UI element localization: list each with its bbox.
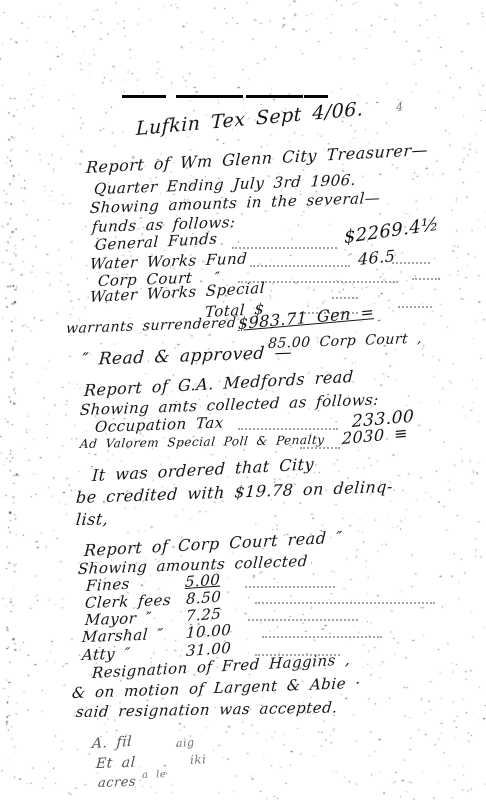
heading-rule <box>176 95 243 98</box>
ledger-row-amount: $2269.4½ <box>344 214 440 248</box>
faded-fragment: iki <box>190 752 207 767</box>
faded-fragment: aig <box>176 736 195 750</box>
order-line-3: list, <box>75 509 109 529</box>
ledger-row-amount: 46.5 <box>358 246 395 269</box>
page-number-mark: 4 <box>395 100 404 114</box>
dotted-leader <box>262 636 382 638</box>
heading-rule <box>122 95 166 98</box>
warrants-label: warrants surrendered <box>65 315 236 337</box>
faded-fragment: acres <box>97 775 136 791</box>
faded-fragment: Et al <box>95 755 136 772</box>
resignation-line-3: said resignation was accepted. <box>75 698 338 721</box>
approved-line: ″ Read & approved — <box>81 343 293 370</box>
dotted-leader <box>332 297 358 299</box>
ledger-row-label: Marshal ″ <box>81 625 164 646</box>
scanned-ledger-page: 4 Lufkin Tex Sept 4/06. Report of Wm Gle… <box>0 0 486 800</box>
heading-rule <box>246 95 303 98</box>
faded-fragment: A. fil <box>92 734 133 752</box>
heading-rule <box>304 95 328 98</box>
ledger-row-label: Occupation Tax <box>94 413 224 436</box>
faded-fragment: a le <box>142 769 167 781</box>
dotted-leader <box>248 619 358 621</box>
ledger-row-label: Atty ″ <box>81 644 131 664</box>
ledger-row-label: Ad Valorem Special Poll & Penalty <box>79 433 325 451</box>
dotted-leader <box>245 586 335 588</box>
dotted-leader <box>255 602 435 604</box>
dotted-leader <box>300 447 340 449</box>
dotted-leader <box>412 278 440 280</box>
dotted-leader <box>392 262 430 264</box>
treasurer-report-heading: Report of Wm Glenn City Treasurer— <box>86 140 429 177</box>
dotted-leader <box>238 428 338 430</box>
dotted-leader <box>250 265 350 267</box>
dotted-leader <box>398 306 432 308</box>
page-title: Lufkin Tex Sept 4/06. <box>136 98 364 140</box>
